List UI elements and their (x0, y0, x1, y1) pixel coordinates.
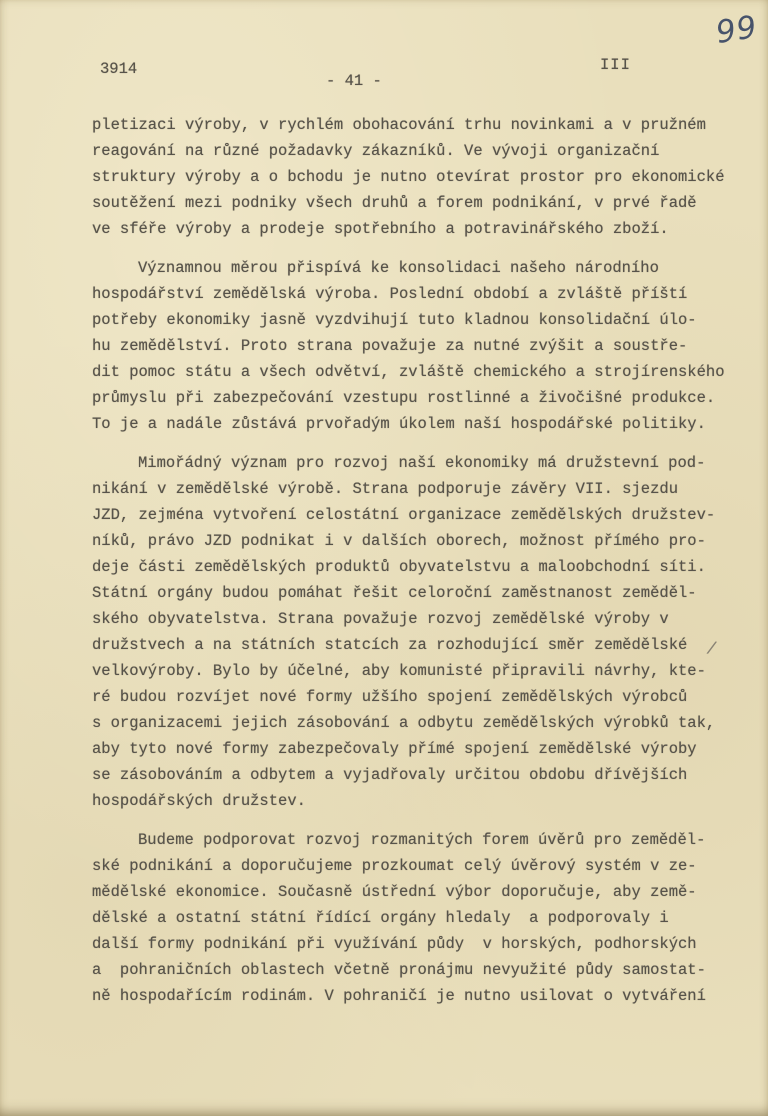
text-line: mědělské ekonomice. Současně ústřední vý… (92, 879, 752, 905)
document-number: 3914 (100, 60, 137, 78)
text-line: struktury výroby a o bchodu je nutno ote… (92, 164, 752, 190)
text-line: reagování na různé požadavky zákazníků. … (92, 138, 752, 164)
page-number-label: - 41 - (326, 72, 382, 90)
paragraph: pletizaci výroby, v rychlém obohacování … (92, 112, 752, 242)
paragraph: Mimořádný význam pro rozvoj naší ekonomi… (92, 450, 752, 814)
text-line: průmyslu při zabezpečování vzestupu rost… (92, 385, 752, 411)
text-line: ského obyvatelstva. Strana považuje rozv… (92, 606, 752, 632)
text-line: hospodářských družstev. (92, 788, 752, 814)
text-line: Významnou měrou přispívá ke konsolidaci … (92, 255, 752, 281)
text-line: hospodářství zemědělská výroba. Poslední… (92, 281, 752, 307)
text-line: velkovýroby. Bylo by účelné, aby komunis… (92, 658, 752, 684)
text-line: aby tyto nové formy zabezpečovaly přímé … (92, 736, 752, 762)
text-line: s organizacemi jejich zásobování a odbyt… (92, 710, 752, 736)
text-line: družstvech a na státních statcích za roz… (92, 632, 752, 658)
text-line: Budeme podporovat rozvoj rozmanitých for… (92, 827, 752, 853)
text-line: hu zemědělství. Proto strana považuje za… (92, 333, 752, 359)
text-line: další formy podnikání při využívání půdy… (92, 931, 752, 957)
text-line: To je a nadále zůstává prvořadým úkolem … (92, 411, 752, 437)
section-numeral: III (600, 56, 631, 74)
text-line: ské podnikání a doporučujeme prozkoumat … (92, 853, 752, 879)
text-line: se zásobováním a odbytem a vyjadřovaly u… (92, 762, 752, 788)
text-line: dělské a ostatní státní řídící orgány hl… (92, 905, 752, 931)
paragraph: Budeme podporovat rozvoj rozmanitých for… (92, 827, 752, 1009)
text-line: JZD, zejména vytvoření celostátní organi… (92, 502, 752, 528)
text-line: soutěžení mezi podniky všech druhů a for… (92, 190, 752, 216)
document-page: 99 3914 - 41 - III pletizaci výroby, v r… (0, 0, 768, 1116)
text-line: Státní orgány budou pomáhat řešit celoro… (92, 580, 752, 606)
text-line: pletizaci výroby, v rychlém obohacování … (92, 112, 752, 138)
document-body: pletizaci výroby, v rychlém obohacování … (92, 112, 752, 1022)
text-line: a pohraničních oblastech včetně pronájmu… (92, 957, 752, 983)
text-line: ve sféře výroby a prodeje spotřebního a … (92, 216, 752, 242)
text-line: ně hospodařícím rodinám. V pohraničí je … (92, 983, 752, 1009)
text-line: ré budou rozvíjet nové formy užšího spoj… (92, 684, 752, 710)
handwritten-page-number: 99 (713, 9, 760, 51)
text-line: Mimořádný význam pro rozvoj naší ekonomi… (92, 450, 752, 476)
text-line: dit pomoc státu a všech odvětví, zvláště… (92, 359, 752, 385)
text-line: níků, právo JZD podnikat i v dalších obo… (92, 528, 752, 554)
text-line: potřeby ekonomiky jasně vyzdvihují tuto … (92, 307, 752, 333)
paragraph: Významnou měrou přispívá ke konsolidaci … (92, 255, 752, 437)
text-line: nikání v zemědělské výrobě. Strana podpo… (92, 476, 752, 502)
text-line: deje části zemědělských produktů obyvate… (92, 554, 752, 580)
